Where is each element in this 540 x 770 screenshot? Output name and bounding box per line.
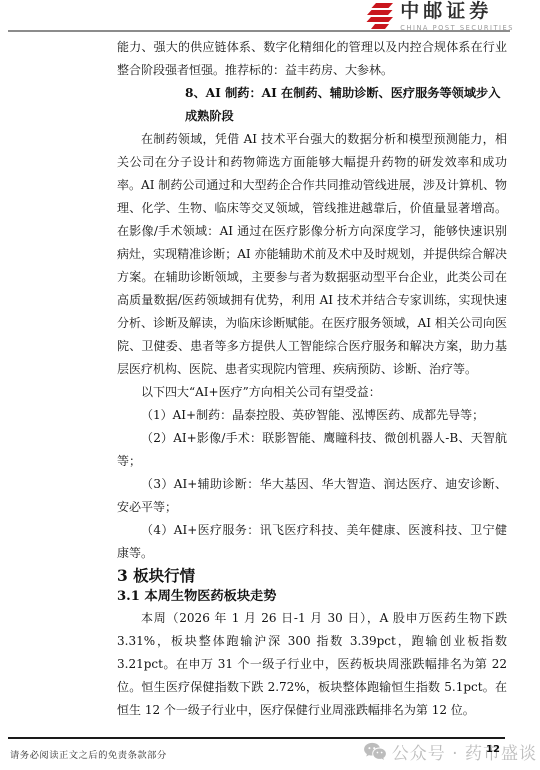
paragraph-weekly-market: 本周（2026 年 1 月 26 日-1 月 30 日），A 股申万医药生物下跌… — [117, 607, 507, 722]
footer-disclaimer: 请务必阅读正文之后的免责条款部分 — [10, 747, 167, 761]
list-item-ai-diagnosis: （3）AI+辅助诊断：华大基因、华大智造、润达医疗、迪安诊断、安必平等； — [117, 473, 507, 519]
list-item-ai-imaging: （2）AI+影像/手术：联影智能、鹰瞳科技、微创机器人-B、天智航等； — [117, 427, 507, 473]
wechat-watermark: 公众号 · 药市盛谈 — [363, 739, 537, 764]
china-post-emblem-icon — [366, 3, 396, 30]
wechat-icon — [363, 742, 387, 762]
paragraph-ai-pharma: 在制药领域，凭借 AI 技术平台强大的数据分析和模型预测能力，相关公司在分子设计… — [117, 128, 507, 381]
list-item-ai-pharma: （1）AI+制药：晶泰控股、英矽智能、泓博医药、成都先导等； — [117, 404, 507, 427]
brand-text: 中邮证券 CHINA POST SECURITIES — [400, 2, 514, 32]
subsection-title-weekly-trend: 3.1 本周生物医药板块走势 — [117, 587, 507, 607]
report-body: 能力、强大的供应链体系、数字化精细化的管理以及内控合规体系在行业整合阶段强者恒强… — [117, 36, 507, 722]
list-item-ai-service: （4）AI+医疗服务：讯飞医疗科技、美年健康、医渡科技、卫宁健康等。 — [117, 519, 507, 565]
paragraph-beneficiary-intro: 以下四大“AI+医疗”方向相关公司有望受益： — [117, 381, 507, 404]
paragraph-retail-conclusion: 能力、强大的供应链体系、数字化精细化的管理以及内控合规体系在行业整合阶段强者恒强… — [117, 36, 507, 82]
brand-name-cn: 中邮证券 — [400, 2, 514, 22]
section-title-market: 3 板块行情 — [117, 565, 507, 587]
report-page: 中邮证券 CHINA POST SECURITIES 能力、强大的供应链体系、数… — [0, 0, 540, 770]
watermark-text: 公众号 · 药市盛谈 — [392, 739, 537, 764]
heading-ai-pharma: 8、AI 制药：AI 在制药、辅助诊断、医疗服务等领域步入成熟阶段 — [117, 82, 507, 128]
page-number: 12 — [486, 744, 500, 755]
brand-logo: 中邮证券 CHINA POST SECURITIES — [366, 2, 514, 32]
header-divider — [8, 30, 510, 32]
